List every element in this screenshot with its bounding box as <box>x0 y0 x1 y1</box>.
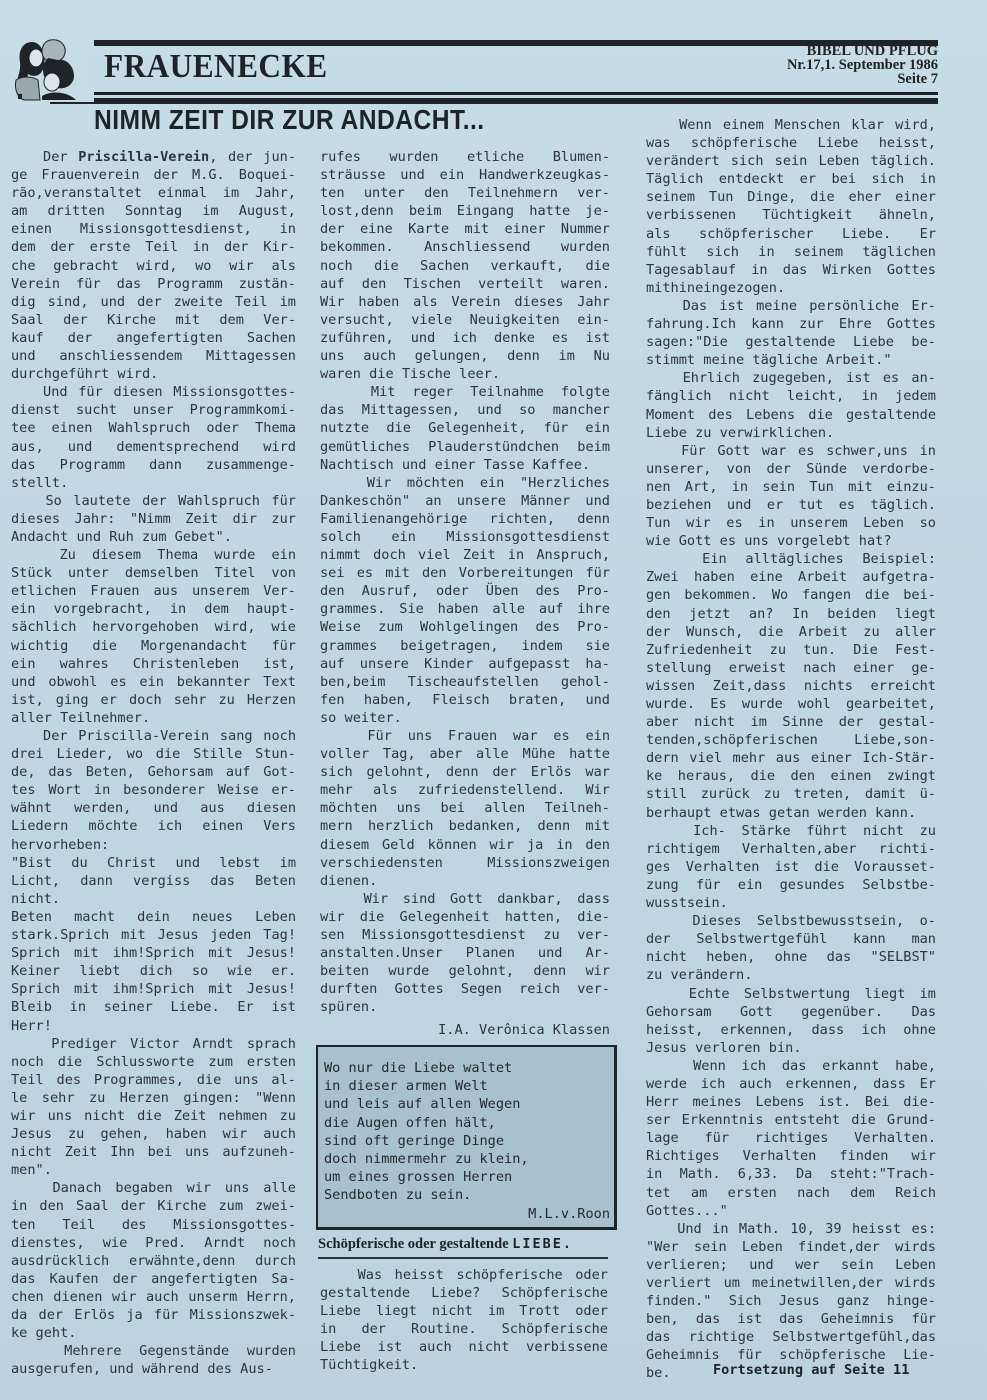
text-line: Prediger Victor Arndt sprach <box>11 1035 296 1053</box>
poem-author: M.L.v.Roon <box>528 1206 610 1222</box>
text-line: drei Lieder, wo die Stille Stun- <box>11 745 296 763</box>
text-line: in Math. 6,33. Da steht:"Trach- <box>646 1165 936 1183</box>
text-line: Danach begaben wir uns alle <box>11 1179 296 1197</box>
text-line: gestaltende Liebe? Schöpferische <box>320 1284 608 1302</box>
bold-organization-name: Priscilla-Verein <box>78 149 209 165</box>
text-line: Jesus zu gehen, haben wir auch <box>11 1125 296 1143</box>
text-line: wie Gott es uns vorgelebt hat? <box>646 532 936 550</box>
text-line: Gehorsam Gott gegenüber. Das <box>646 1003 936 1021</box>
text-line: sträusse und ein Handwerkzeugkas- <box>320 166 610 184</box>
text-line: einen Missionsgottesdienst, in <box>11 220 296 238</box>
text-line: etlichen Frauen aus unserem Ver- <box>11 582 296 600</box>
text-line: stark.Sprich mit Jesus jeden Tag! <box>11 926 296 944</box>
text-line: den Ausruf, oder Üben des Pro- <box>320 582 610 600</box>
text-line: in den Saal der Kirche zum zwei- <box>11 1197 296 1215</box>
text-line: Für Gott war es schwer,uns in <box>646 442 936 460</box>
text-line: Weise zum Wohlgelingen des Pro- <box>320 618 610 636</box>
text-line: Ehrlich zugegeben, ist es an- <box>646 369 936 387</box>
text-line: der Selbstwertgefühl kann man <box>646 930 936 948</box>
text-line: Keiner liebt dich so wie er. <box>11 962 296 980</box>
text-line: tenden,schöpferischen Liebe,son- <box>646 731 936 749</box>
text-line: das richtige Selbstwertgefühl,das <box>646 1328 936 1346</box>
poem-box: Wo nur die Liebe waltet in dieser armen … <box>316 1045 617 1230</box>
text-line: hervorheben: <box>11 836 296 854</box>
text-line: sen Missionsgottesdienst zu ver- <box>320 926 610 944</box>
text-line: auf den Tischen verteilt waren. <box>320 275 610 293</box>
article-column-1: Der Priscilla-Verein, der jun-ge Frauenv… <box>11 148 296 1378</box>
text-line: chen dienen wir auch unserm Herrn, <box>11 1288 296 1306</box>
second-article-title: Schöpferische oder gestaltende LIEBE. <box>318 1236 608 1259</box>
text-line: nicht heben, ohne das "SELBST" <box>646 948 936 966</box>
page-number: Seite 7 <box>787 72 938 86</box>
section-title: FRAUENECKE <box>104 48 328 86</box>
text-line: ser Erkenntnis entsteht die Grund- <box>646 1111 936 1129</box>
text-line: stellt. <box>11 474 296 492</box>
text-line: durchgeführt wird. <box>11 365 296 383</box>
text-line: aus, und dementsprechend wird <box>11 438 296 456</box>
text-line: dienst sucht unser Programmkomi- <box>11 401 296 419</box>
text-line: noch die Sachen verkauft, die <box>320 257 610 275</box>
text-line: beziehen und er tut es täglich. <box>646 496 936 514</box>
text-line: ben, das ist das Geheimnis für <box>646 1310 936 1328</box>
text-line: voller Tag, aber alle Mühe hatte <box>320 745 610 763</box>
text-line: dienen. <box>320 872 610 890</box>
text-line: ist, ging er doch sehr zu Herzen <box>11 691 296 709</box>
text-line: Beten macht dein neues Leben <box>11 908 296 926</box>
text-line: unserer, von der Sünde verdorbe- <box>646 460 936 478</box>
masthead: FRAUENECKE BIBEL UND PFLUG Nr.17,1. Sept… <box>12 28 938 102</box>
text-line: Zufriedenheit zu tun. Die Fest- <box>646 641 936 659</box>
text-line: Familienangehörige richten, denn <box>320 510 610 528</box>
text-line: wir uns nicht die Zeit nehmen zu <box>11 1107 296 1125</box>
text-line: noch die Schlussworte zum ersten <box>11 1053 296 1071</box>
text-line: werde ich auch erkennen, dass Er <box>646 1075 936 1093</box>
text-line: verliert um meinetwillen,der wirds <box>646 1274 936 1292</box>
text-line: tes Wort in besonderer Weise er- <box>11 781 296 799</box>
text-line: beiten wurde gelohnt, denn wir <box>320 962 610 980</box>
text-line: Der Priscilla-Verein sang noch <box>11 727 296 745</box>
text-line: aber nicht im Sinne der gestal- <box>646 713 936 731</box>
text-line: fänglich nicht leicht, in jedem <box>646 387 936 405</box>
text-line: wir die Gelegenheit hatten, die- <box>320 908 610 926</box>
text-line: als schöpferischer Liebe. Er <box>646 225 936 243</box>
text-line: verbissenen Tüchtigkeit ähneln, <box>646 206 936 224</box>
text-line: Wenn ich das erkannt habe, <box>646 1057 936 1075</box>
text-line: Täglich entdeckt er bei sich in <box>646 170 936 188</box>
text-line: Und für diesen Missionsgottes- <box>11 383 296 401</box>
text-line: das Kaufen der angefertigten Sa- <box>11 1270 296 1288</box>
text-line: Das ist meine persönliche Er- <box>646 297 936 315</box>
text-line: Tagesablauf in das Wirken Gottes <box>646 261 936 279</box>
text-line: fen haben, Fleisch braten, und <box>320 691 610 709</box>
second-article-title-caps: LIEBE. <box>512 1236 573 1252</box>
text-line: so weiter. <box>320 709 610 727</box>
text-line: wähnt werden, und aus diesen <box>11 799 296 817</box>
text-line: Liebe liegt nicht im Trott oder <box>320 1302 608 1320</box>
text-line: finden." Sich Jesus ganz hinge- <box>646 1292 936 1310</box>
text-line: das Mittagessen, und so mancher <box>320 401 610 419</box>
text-line: nimmt doch viel Zeit in Anspruch, <box>320 546 610 564</box>
text-line: Moment des Lebens die gestaltende <box>646 406 936 424</box>
text-line: Echte Selbstwertung liegt im <box>646 985 936 1003</box>
text-line: Liebe zu verwirklichen. <box>646 424 936 442</box>
text-line: der Wunsch, die Arbeit zu aller <box>646 623 936 641</box>
text-line: dig sind, und der zweite Teil im <box>11 293 296 311</box>
text-line: mehr als zufriedenstellend. Wir <box>320 781 610 799</box>
text-line: tee einen Wahlspruch oder Thema <box>11 419 296 437</box>
text-line: zuführen, und ich denke es ist <box>320 329 610 347</box>
text-line: stimmt meine tägliche Arbeit." <box>646 351 936 369</box>
text-line: auf unsere Kinder aufgepasst ha- <box>320 655 610 673</box>
text-line: Und in Math. 10, 39 heisst es: <box>646 1220 936 1238</box>
continuation-note: Fortsetzung auf Seite 11 <box>713 1362 909 1378</box>
text-line: verlieren; und wer sein Leben <box>646 1256 936 1274</box>
text-line: gen bekommen. Wo fangen die bei- <box>646 586 936 604</box>
text-line: möchten uns bei allen Teilneh- <box>320 799 610 817</box>
text-line: Saal der Kirche mit dem Ver- <box>11 311 296 329</box>
text-line: grammes. Sie haben alle auf ihre <box>320 600 610 618</box>
text-line: ke geht. <box>11 1324 296 1342</box>
text-line: fahrung.Ich kann zur Ehre Gottes <box>646 315 936 333</box>
article-headline: NIMM ZEIT DIR ZUR ANDACHT... <box>94 104 485 136</box>
text-line: verschiedensten Missionszweigen <box>320 854 610 872</box>
text-line: aller Teilnehmer. <box>11 709 296 727</box>
masthead-rule-bottom-thin <box>50 92 938 95</box>
text-line: dem der erste Teil in der Kir- <box>11 238 296 256</box>
text-line: tet am ersten nach dem Reich <box>646 1184 936 1202</box>
text-line: men". <box>11 1161 296 1179</box>
text-line: da der Erlös ja für Missionszwek- <box>11 1306 296 1324</box>
text-line: Dieses Selbstbewusstsein, o- <box>646 912 936 930</box>
text-line: Nachtisch und einer Tasse Kaffee. <box>320 456 610 474</box>
text-line: Der Priscilla-Verein, der jun- <box>11 148 296 166</box>
text-line: lage für richtiges Verhalten. <box>646 1129 936 1147</box>
text-line: dienstes, wie Pred. Arndt noch <box>11 1234 296 1252</box>
publication-info: BIBEL UND PFLUG Nr.17,1. September 1986 … <box>787 44 938 86</box>
text-line: grammes beigetragen, indem sie <box>320 637 610 655</box>
text-line: rufes wurden etliche Blumen- <box>320 148 610 166</box>
text-line: sächlich hervorgehoben wird, wie <box>11 618 296 636</box>
text-line: Sprich mit ihm!Sprich mit Jesus! <box>11 944 296 962</box>
text-line: Für uns Frauen war es ein <box>320 727 610 745</box>
text-line: mithineingezogen. <box>646 279 936 297</box>
text-line: Zu diesem Thema wurde ein <box>11 546 296 564</box>
text-line: ein vorgebracht, in dem haupt- <box>11 600 296 618</box>
text-line: versucht, viele Neuigkeiten ein- <box>320 311 610 329</box>
text-line: nicht. <box>11 890 296 908</box>
text-line: uns auch gelungen, denn im Nu <box>320 347 610 365</box>
second-article-column-2: Was heisst schöpferische odergestaltende… <box>320 1266 608 1375</box>
text-line: Bleib in seiner Liebe. Er ist <box>11 998 296 1016</box>
text-line: So lautete der Wahlspruch für <box>11 492 296 510</box>
text-line: still zurück zu treten, damit ü- <box>646 785 936 803</box>
text-line: de, das Beten, Gehorsam auf Got- <box>11 763 296 781</box>
text-line: sei es mit den Vorbereitungen für <box>320 564 610 582</box>
text-line: mern herzlich bedanken, denn mit <box>320 817 610 835</box>
text-line: Richtiges Verhalten finden wir <box>646 1147 936 1165</box>
text-line: dieses Jahr: "Nimm Zeit dir zur <box>11 510 296 528</box>
text-line: dern viel mehr aus einer Ich-Stär- <box>646 749 936 767</box>
text-line: rão,veranstaltet einmal im Jahr, <box>11 184 296 202</box>
text-line: Wenn einem Menschen klar wird, <box>646 116 936 134</box>
text-line: zung für ein gesundes Selbstbe- <box>646 876 936 894</box>
issue-date: Nr.17,1. September 1986 <box>787 58 938 72</box>
text-line: sagen:"Die gestaltende Liebe be- <box>646 333 936 351</box>
text-line: durften Gottes Segen reich ver- <box>320 980 610 998</box>
text-line: bekommen. Anschliessend wurden <box>320 238 610 256</box>
text-line: Sprich mit ihm!Sprich mit Jesus! <box>11 980 296 998</box>
text-line: sich gelohnt, denn der Erlös war <box>320 763 610 781</box>
text-line: ausdrücklich erwähnte,denn durch <box>11 1252 296 1270</box>
text-line: Ich- Stärke führt nicht zu <box>646 822 936 840</box>
text-line: Teil des Programmes, die uns al- <box>11 1071 296 1089</box>
women-portrait-icon <box>12 36 94 102</box>
text-line: seinem Tun Dinge, die eher einer <box>646 188 936 206</box>
text-line: Dankeschön" an unsere Männer und <box>320 492 610 510</box>
text-line: Mehrere Gegenstände wurden <box>11 1342 296 1360</box>
text-line: diesem Geld können wir ja in den <box>320 836 610 854</box>
second-article-title-text: Schöpferische oder gestaltende <box>318 1236 512 1252</box>
text-line: Wir sind Gott dankbar, dass <box>320 890 610 908</box>
text-line: Ein alltägliches Beispiel: <box>646 550 936 568</box>
text-line: spüren. <box>320 998 610 1016</box>
text-line: ges Verhalten ist die Vorausset- <box>646 858 936 876</box>
text-line: Tun wir es in unserem Leben so <box>646 514 936 532</box>
text-line: was schöpferische Liebe heisst, <box>646 134 936 152</box>
text-line: heisst, erkennen, dass ich ohne <box>646 1021 936 1039</box>
text-line: den jetzt an? In beiden liegt <box>646 605 936 623</box>
text-line: Zwei haben eine Arbeit aufgetra- <box>646 568 936 586</box>
text-line: ein wahres Christenleben ist, <box>11 655 296 673</box>
article-column-2: rufes wurden etliche Blumen-sträusse und… <box>320 148 610 1039</box>
text-line: das Programm dann zusammenge- <box>11 456 296 474</box>
text-line: Verein für das Programm zustän- <box>11 275 296 293</box>
text-line: fühlt sich in seinem täglichen <box>646 243 936 261</box>
text-line: "Bist du Christ und lebst im <box>11 854 296 872</box>
text-line: und anschliessendem Mittagessen <box>11 347 296 365</box>
poem-text: Wo nur die Liebe waltet in dieser armen … <box>324 1059 529 1205</box>
text-line: ten Teil des Missionsgottes- <box>11 1216 296 1234</box>
text-line: Licht, dann vergiss das Beten <box>11 872 296 890</box>
text-line: stellung erweist nach einer ge- <box>646 659 936 677</box>
text-line: Was heisst schöpferische oder <box>320 1266 608 1284</box>
text-line: Stück unter demselben Titel von <box>11 564 296 582</box>
author-signature: I.A. Verônica Klassen <box>320 1021 610 1039</box>
text-line: solch ein Missionsgottesdienst <box>320 528 610 546</box>
newspaper-page: FRAUENECKE BIBEL UND PFLUG Nr.17,1. Sept… <box>0 0 987 1400</box>
publication-name: BIBEL UND PFLUG <box>787 44 938 58</box>
text-line: ke heraus, die den einen zwingt <box>646 767 936 785</box>
text-line: am dritten Sonntag im August, <box>11 202 296 220</box>
text-line: Jesus verloren bin. <box>646 1039 936 1057</box>
text-line: kauf der angefertigten Sachen <box>11 329 296 347</box>
text-line: ausgerufen, und während des Aus- <box>11 1360 296 1378</box>
text-line: wichtig die Morgenandacht für <box>11 637 296 655</box>
text-line: nen Art, in sein Tun mit einzu- <box>646 478 936 496</box>
second-article-column-3: Wenn einem Menschen klar wird,was schöpf… <box>646 116 936 1383</box>
text-line: le sehr zu Herzen gingen: "Wenn <box>11 1089 296 1107</box>
text-line: Gottes..." <box>646 1202 936 1220</box>
text-line: Liebe ist auch nicht verbissene <box>320 1338 608 1356</box>
text-line: Wir möchten ein "Herzliches <box>320 474 610 492</box>
text-line: ben,beim Tischeaufstellen gehol- <box>320 673 610 691</box>
text-line: Herr meines Lebens ist. Bei die- <box>646 1093 936 1111</box>
text-line: anstalten.Unser Planen und Ar- <box>320 944 610 962</box>
text-line: nicht Zeit Ihn bei uns aufzuneh- <box>11 1143 296 1161</box>
text-line: "Wer sein Leben findet,der wirds <box>646 1238 936 1256</box>
text-line: Mit reger Teilnahme folgte <box>320 383 610 401</box>
text-line: verändert sich sein Leben täglich. <box>646 152 936 170</box>
text-line: waren die Tische leer. <box>320 365 610 383</box>
text-line: lost,denn beim Eingang hatte je- <box>320 202 610 220</box>
text-line: der eine Karte mit einer Nummer <box>320 220 610 238</box>
text-line: che gebracht wird, wo wir als <box>11 257 296 275</box>
text-line: nutzte die Gelegenheit, für ein <box>320 419 610 437</box>
text-line: wurde. Es wurde wohl gearbeitet, <box>646 695 936 713</box>
text-line: und obwohl es ein bekannter Text <box>11 673 296 691</box>
text-line: wissen Zeit,dass nichts erreicht <box>646 677 936 695</box>
text-line: richtigem Verhalten,aber richti- <box>646 840 936 858</box>
text-line: gemütliches Plauderstündchen beim <box>320 438 610 456</box>
text-line: Wir haben als Verein dieses Jahr <box>320 293 610 311</box>
text-line: Andacht und Ruh zum Gebet". <box>11 528 296 546</box>
text-line: wusstsein. <box>646 894 936 912</box>
text-line: zu verändern. <box>646 966 936 984</box>
text-line: Tüchtigkeit. <box>320 1356 608 1374</box>
text-line: Liedern möchte ich einen Vers <box>11 817 296 835</box>
text-line: Herr! <box>11 1017 296 1035</box>
text-line: in der Routine. Schöpferische <box>320 1320 608 1338</box>
text-line: ge Frauenverein der M.G. Boquei- <box>11 166 296 184</box>
text-line: berhaupt etwas getan werden kann. <box>646 804 936 822</box>
text-line: ten unter den Teilnehmern ver- <box>320 184 610 202</box>
